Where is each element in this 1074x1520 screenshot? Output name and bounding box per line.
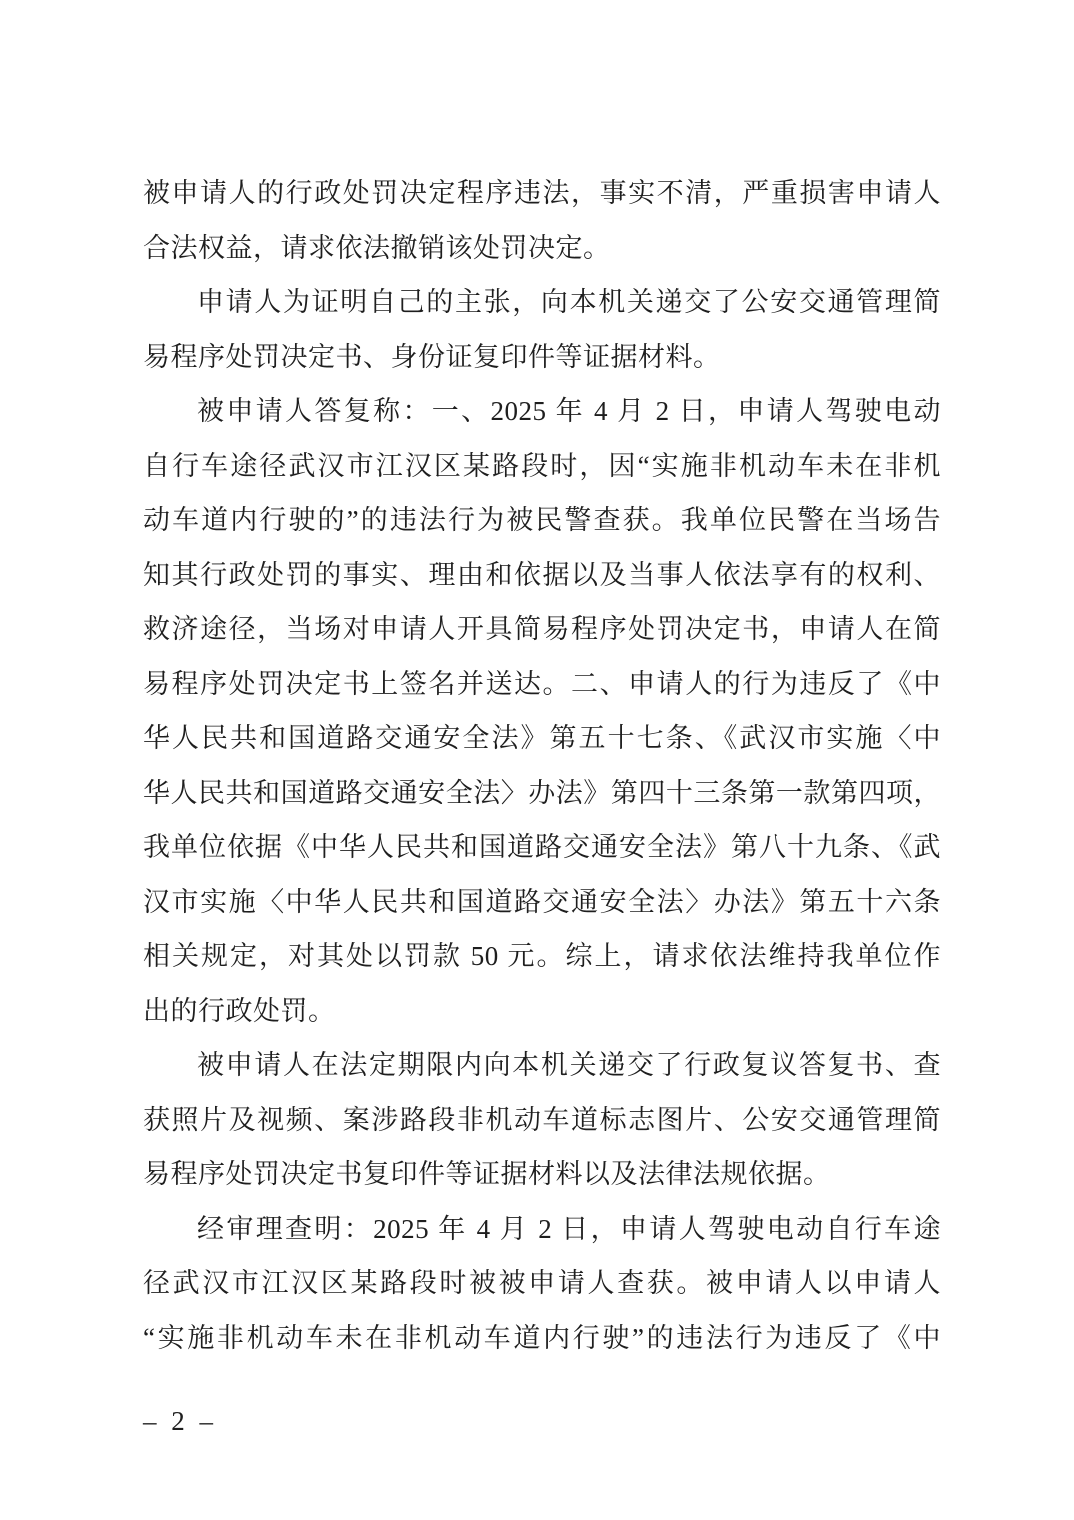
document-page: 被申请人的行政处罚决定程序违法，事实不清，严重损害申请人合法权益，请求依法撤销该… bbox=[0, 0, 1074, 1520]
text-line: 救济途径，当场对申请人开具简易程序处罚决定书，申请人在简 bbox=[143, 602, 941, 657]
text-line: 易程序处罚决定书、身份证复印件等证据材料。 bbox=[143, 330, 941, 385]
text-line: 申请人为证明自己的主张，向本机关递交了公安交通管理简 bbox=[143, 275, 941, 330]
text-line: 自行车途径武汉市江汉区某路段时，因“实施非机动车未在非机 bbox=[143, 439, 941, 494]
text-line: 径武汉市江汉区某路段时被被申请人查获。被申请人以申请人 bbox=[143, 1256, 941, 1311]
text-line: 易程序处罚决定书复印件等证据材料以及法律法规依据。 bbox=[143, 1147, 941, 1202]
text-line: 动车道内行驶的”的违法行为被民警查获。我单位民警在当场告 bbox=[143, 493, 941, 548]
text-line: 汉市实施〈中华人民共和国道路交通安全法〉办法》第五十六条 bbox=[143, 875, 941, 930]
text-line: 华人民共和国道路交通安全法》第五十七条、《武汉市实施〈中 bbox=[143, 711, 941, 766]
text-line: 我单位依据《中华人民共和国道路交通安全法》第八十九条、《武 bbox=[143, 820, 941, 875]
text-line: 易程序处罚决定书上签名并送达。二、申请人的行为违反了《中 bbox=[143, 657, 941, 712]
text-line: 相关规定，对其处以罚款 50 元。综上，请求依法维持我单位作 bbox=[143, 929, 941, 984]
text-line: 出的行政处罚。 bbox=[143, 984, 941, 1039]
page-number: – 2 – bbox=[143, 1404, 217, 1438]
text-line: 经审理查明：2025 年 4 月 2 日，申请人驾驶电动自行车途 bbox=[143, 1202, 941, 1257]
text-line: 被申请人答复称：一、2025 年 4 月 2 日，申请人驾驶电动 bbox=[143, 384, 941, 439]
text-line: 华人民共和国道路交通安全法〉办法》第四十三条第一款第四项， bbox=[143, 766, 941, 821]
text-line: 被申请人在法定期限内向本机关递交了行政复议答复书、查 bbox=[143, 1038, 941, 1093]
document-body: 被申请人的行政处罚决定程序违法，事实不清，严重损害申请人合法权益，请求依法撤销该… bbox=[143, 166, 941, 1365]
text-line: “实施非机动车未在非机动车道内行驶”的违法行为违反了《中 bbox=[143, 1311, 941, 1366]
text-line: 获照片及视频、案涉路段非机动车道标志图片、公安交通管理简 bbox=[143, 1093, 941, 1148]
text-line: 合法权益，请求依法撤销该处罚决定。 bbox=[143, 221, 941, 276]
text-line: 被申请人的行政处罚决定程序违法，事实不清，严重损害申请人 bbox=[143, 166, 941, 221]
text-line: 知其行政处罚的事实、理由和依据以及当事人依法享有的权利、 bbox=[143, 548, 941, 603]
